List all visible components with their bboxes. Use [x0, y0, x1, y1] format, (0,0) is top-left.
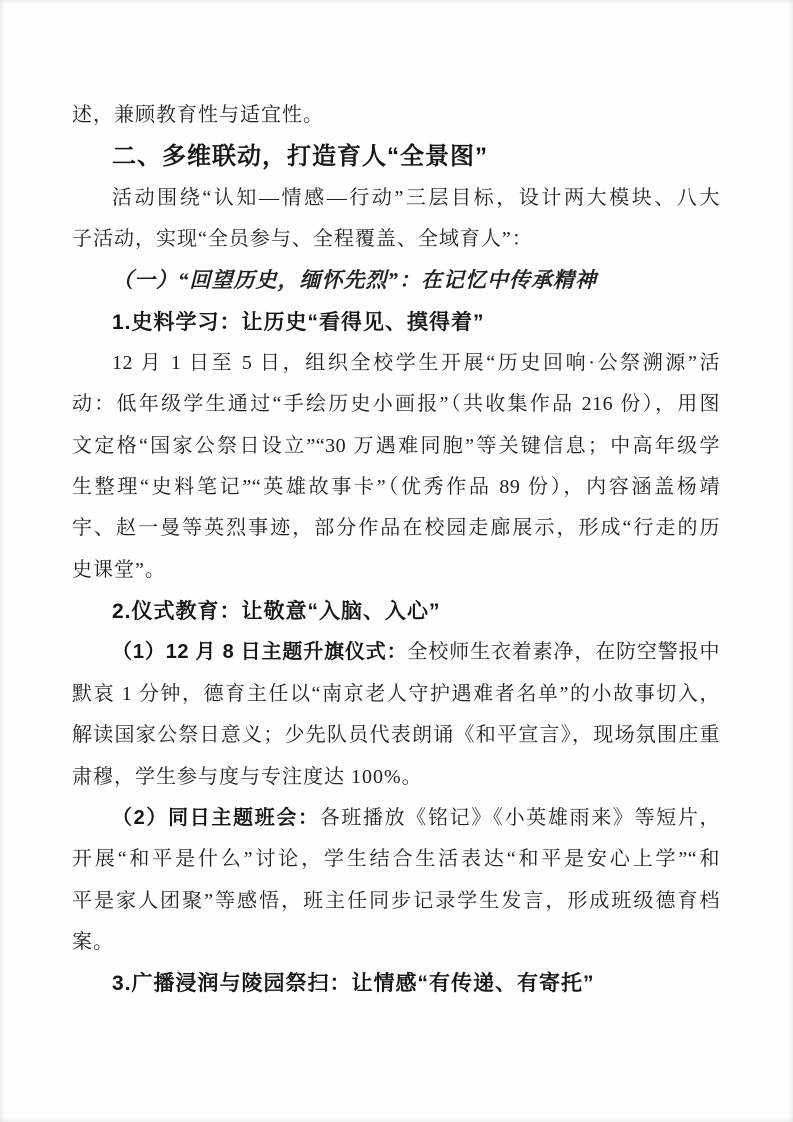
text-run-bold: （1）12 月 8 日主题升旗仪式： [112, 641, 408, 663]
text-line: 平是家人团聚”等感悟，班主任同步记录学生发言，形成班级德育档 [72, 881, 720, 922]
text-run-body: 12 月 1 日至 5 日，组织全校学生开展“历史回响·公祭溯源”活 [112, 352, 720, 374]
text-line: 二、多维联动，打造育人“全景图” [72, 136, 720, 177]
text-line: 文定格“国家公祭日设立”“30 万遇难同胞”等关键信息；中高年级学 [72, 426, 720, 467]
document-page: 述，兼顾教育性与适宜性。二、多维联动，打造育人“全景图”活动围绕“认知—情感—行… [0, 0, 793, 1122]
text-line: 生整理“史料笔记”“英雄故事卡”（优秀作品 89 份），内容涵盖杨靖 [72, 467, 720, 508]
text-run-h4: 3.广播浸润与陵园祭扫：让情感“有传递、有寄托” [112, 972, 595, 995]
text-line: 解读国家公祭日意义；少先队员代表朗诵《和平宣言》，现场氛围庄重 [72, 715, 720, 756]
text-line: 案。 [72, 922, 720, 963]
text-run-body: 动：低年级学生通过“手绘历史小画报”（共收集作品 216 份），用图 [72, 393, 720, 415]
text-run-body: 文定格“国家公祭日设立”“30 万遇难同胞”等关键信息；中高年级学 [72, 435, 720, 457]
text-line: 宇、赵一曼等英烈事迹，部分作品在校园走廊展示，形成“行走的历 [72, 508, 720, 549]
text-run-body: 史课堂”。 [72, 559, 166, 581]
text-line: 默哀 1 分钟，德育主任以“南京老人守护遇难者名单”的小故事切入， [72, 674, 720, 715]
text-line: 述，兼顾教育性与适宜性。 [72, 95, 720, 136]
text-run-body: 各班播放《铭记》《小英雄雨来》等短片， [320, 807, 720, 829]
text-line: 肃穆，学生参与度与专注度达 100%。 [72, 757, 720, 798]
text-run-kai: （一）“回望历史，缅怀先烈”：在记忆中传承精神 [112, 268, 597, 292]
text-line: 12 月 1 日至 5 日，组织全校学生开展“历史回响·公祭溯源”活 [72, 343, 720, 384]
text-run-body: 生整理“史料笔记”“英雄故事卡”（优秀作品 89 份），内容涵盖杨靖 [72, 476, 720, 498]
document-body: 述，兼顾教育性与适宜性。二、多维联动，打造育人“全景图”活动围绕“认知—情感—行… [72, 95, 720, 1005]
text-run-bold: （2）同日主题班会： [112, 807, 320, 829]
text-line: （一）“回望历史，缅怀先烈”：在记忆中传承精神 [72, 260, 720, 301]
text-run-body: 全校师生衣着素净，在防空警报中 [408, 641, 721, 663]
text-line: 3.广播浸润与陵园祭扫：让情感“有传递、有寄托” [72, 963, 720, 1004]
text-run-body: 默哀 1 分钟，德育主任以“南京老人守护遇难者名单”的小故事切入， [72, 683, 720, 705]
text-run-body: 开展“和平是什么”讨论，学生结合生活表达“和平是安心上学”“和 [72, 848, 720, 870]
text-run-body: 述，兼顾教育性与适宜性。 [72, 104, 324, 126]
text-line: 史课堂”。 [72, 550, 720, 591]
text-run-h4: 2.仪式教育：让敬意“入脑、入心” [112, 600, 441, 623]
text-run-body: 子活动，实现“全员参与、全程覆盖、全域育人”： [72, 228, 533, 250]
text-line: 动：低年级学生通过“手绘历史小画报”（共收集作品 216 份），用图 [72, 384, 720, 425]
text-run-h4: 1.史料学习：让历史“看得见、摸得着” [112, 311, 485, 334]
text-run-h2: 二、多维联动，打造育人“全景图” [112, 143, 488, 170]
text-line: 1.史料学习：让历史“看得见、摸得着” [72, 302, 720, 343]
text-run-body: 平是家人团聚”等感悟，班主任同步记录学生发言，形成班级德育档 [72, 890, 720, 912]
text-run-body: 解读国家公祭日意义；少先队员代表朗诵《和平宣言》，现场氛围庄重 [72, 724, 720, 746]
text-run-body: 宇、赵一曼等英烈事迹，部分作品在校园走廊展示，形成“行走的历 [72, 517, 720, 539]
text-line: （2）同日主题班会：各班播放《铭记》《小英雄雨来》等短片， [72, 798, 720, 839]
text-line: 子活动，实现“全员参与、全程覆盖、全域育人”： [72, 219, 720, 260]
text-line: 活动围绕“认知—情感—行动”三层目标，设计两大模块、八大 [72, 178, 720, 219]
text-line: 2.仪式教育：让敬意“入脑、入心” [72, 591, 720, 632]
text-line: 开展“和平是什么”讨论，学生结合生活表达“和平是安心上学”“和 [72, 839, 720, 880]
text-line: （1）12 月 8 日主题升旗仪式：全校师生衣着素净，在防空警报中 [72, 632, 720, 673]
text-run-body: 案。 [72, 931, 114, 953]
text-run-body: 活动围绕“认知—情感—行动”三层目标，设计两大模块、八大 [112, 187, 720, 209]
text-run-body: 肃穆，学生参与度与专注度达 100%。 [72, 766, 423, 788]
